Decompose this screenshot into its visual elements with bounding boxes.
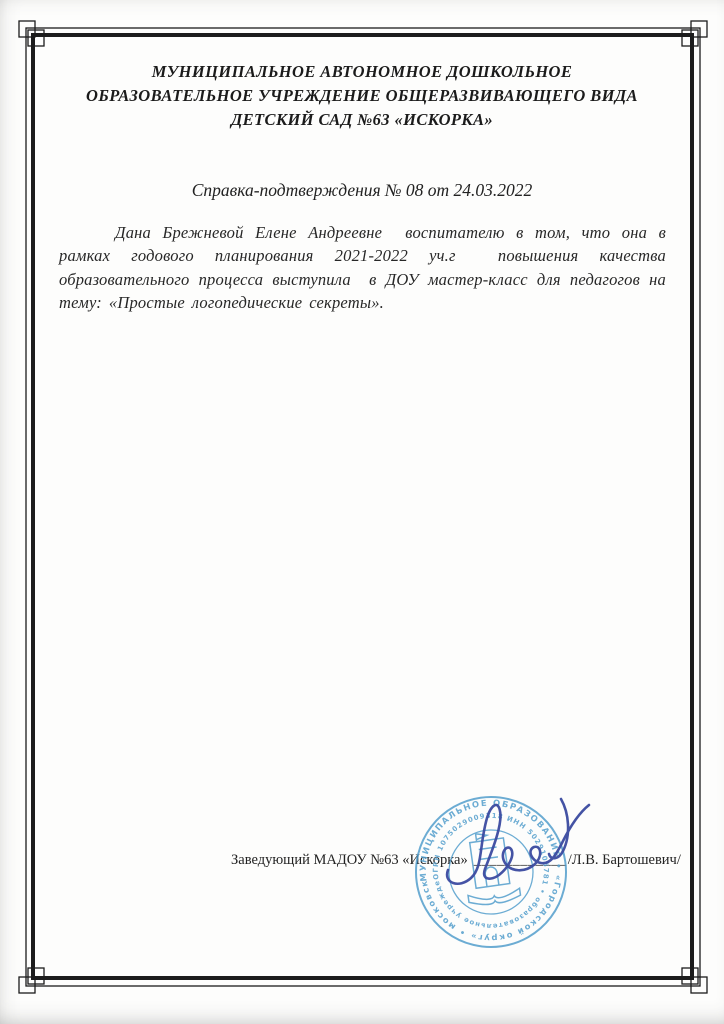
signatory-name: /Л.В. Бартошевич/ xyxy=(568,852,681,868)
org-name-line3: ДЕТСКИЙ САД №63 «ИСКОРКА» xyxy=(42,108,682,132)
signatory-role: Заведующий МАДОУ №63 «Искорка» xyxy=(231,852,468,868)
org-name-line1: МУНИЦИПАЛЬНОЕ АВТОНОМНОЕ ДОШКОЛЬНОЕ xyxy=(42,60,682,84)
org-name-line2: ОБРАЗОВАТЕЛЬНОЕ УЧРЕЖДЕНИЕ ОБЩЕРАЗВИВАЮЩ… xyxy=(42,84,682,108)
signature-blank-line: ____________ xyxy=(474,852,567,868)
certificate-page: МУНИЦИПАЛЬНОЕ АВТОНОМНОЕ ДОШКОЛЬНОЕ ОБРА… xyxy=(0,0,724,1024)
signature-row: Заведующий МАДОУ №63 «Искорка»__________… xyxy=(231,852,694,869)
document-title: Справка-подтверждения № 08 от 24.03.2022 xyxy=(42,180,682,201)
organization-header: МУНИЦИПАЛЬНОЕ АВТОНОМНОЕ ДОШКОЛЬНОЕ ОБРА… xyxy=(42,60,682,132)
body-paragraph: Дана Брежневой Елене Андреевне воспитате… xyxy=(59,221,666,315)
document-content: МУНИЦИПАЛЬНОЕ АВТОНОМНОЕ ДОШКОЛЬНОЕ ОБРА… xyxy=(0,0,724,1024)
